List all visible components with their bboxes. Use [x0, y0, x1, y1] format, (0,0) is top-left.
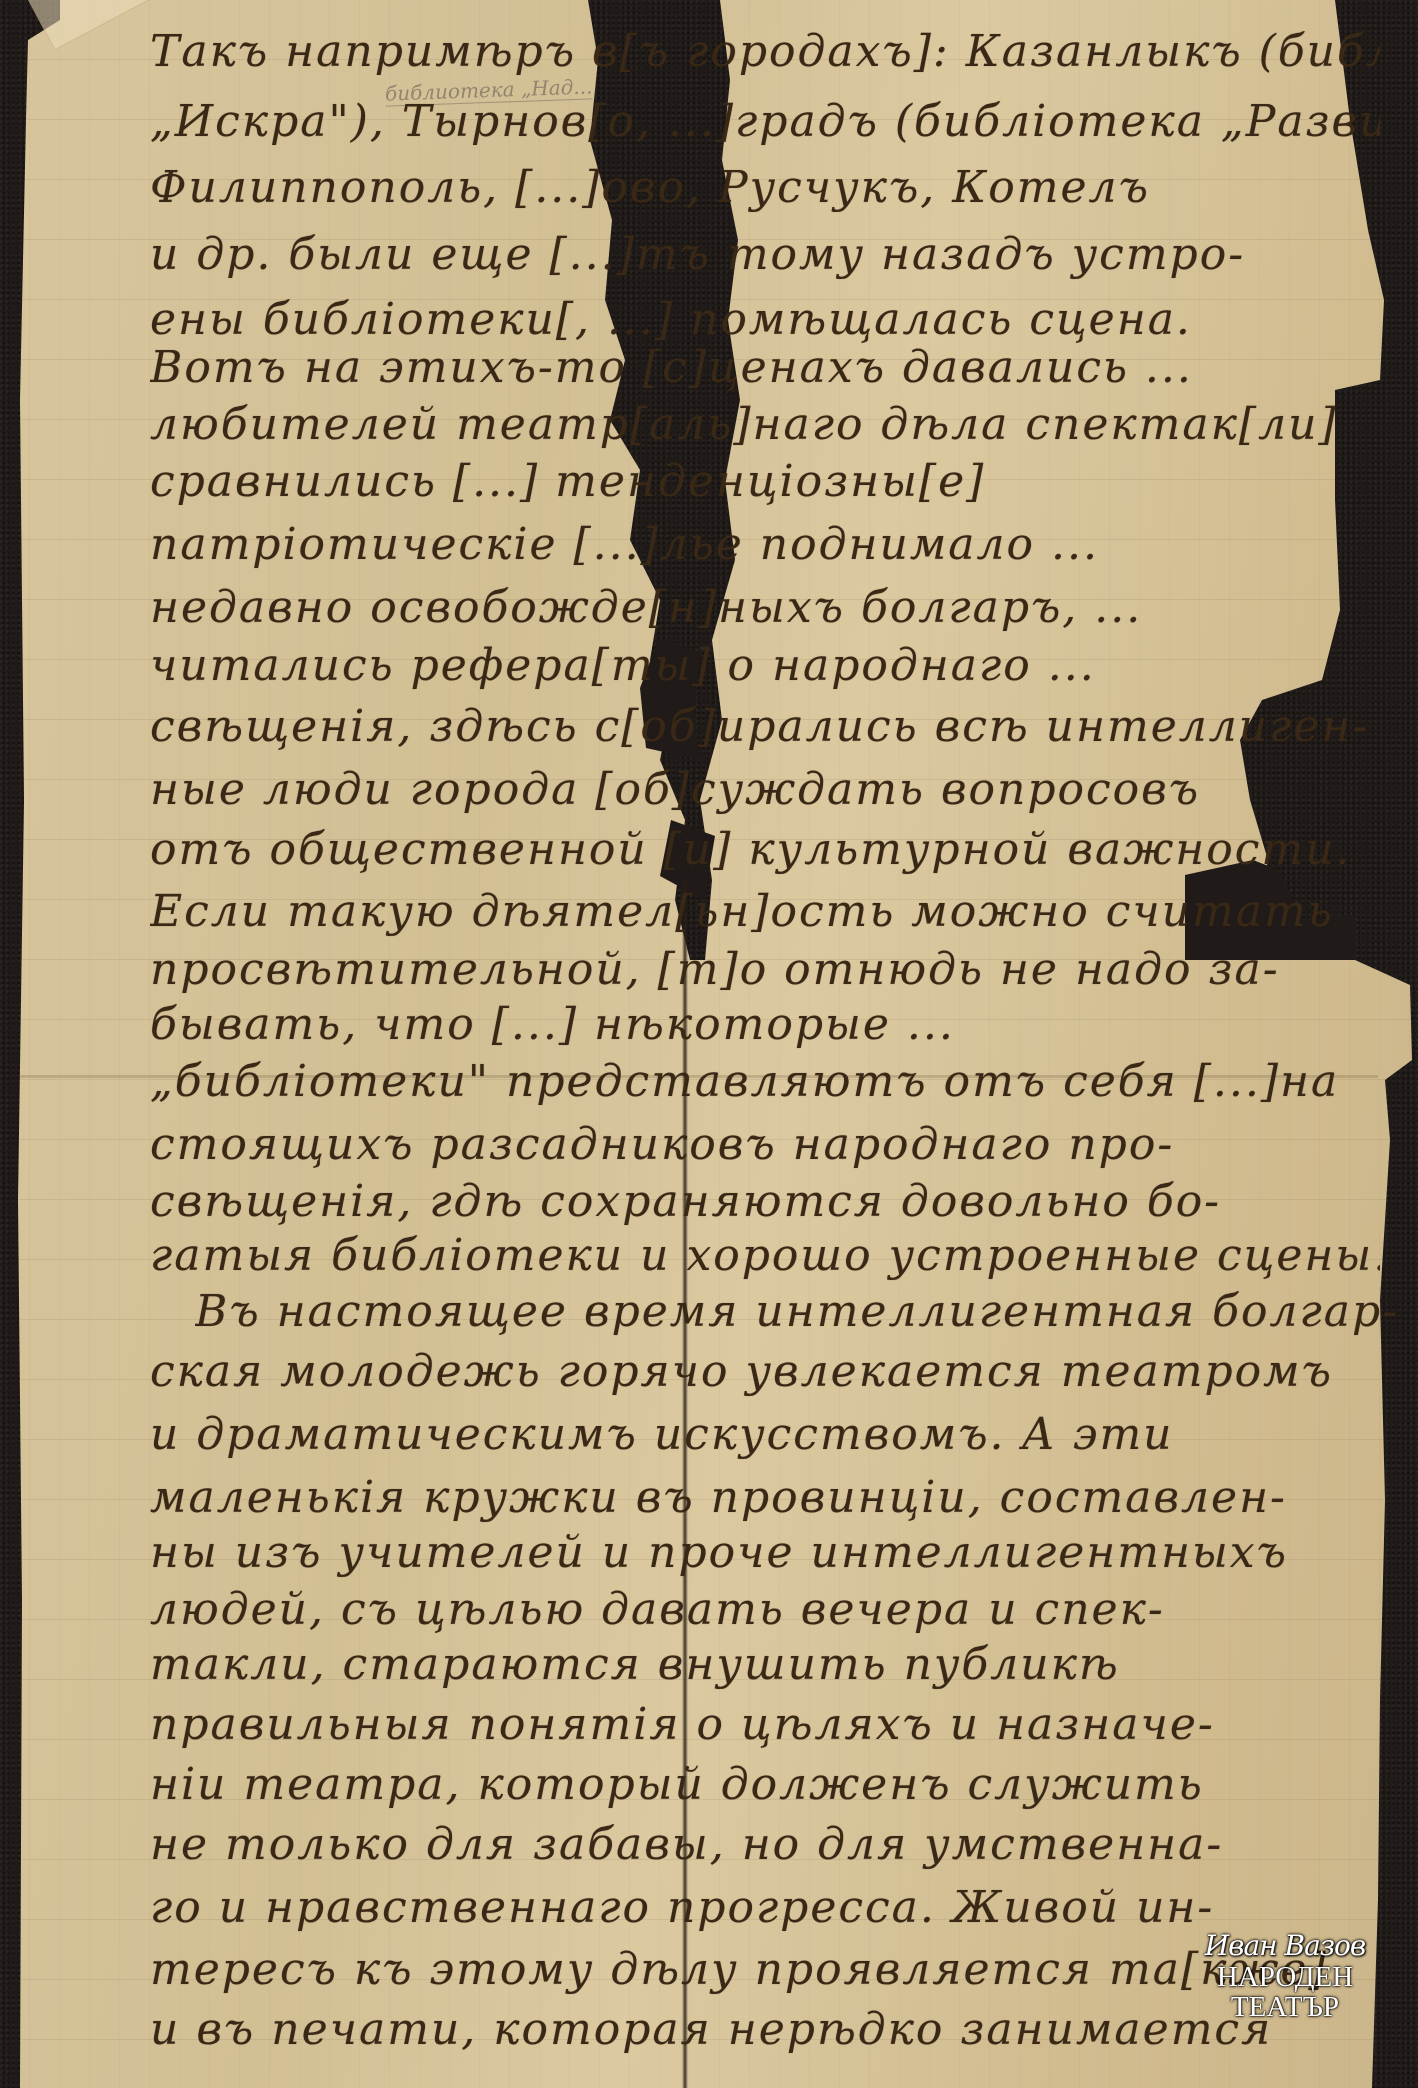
- text-line: такли, стараются внушить публикѣ: [150, 1635, 1380, 1695]
- national-theatre-logo: Иван Вазов НАРОДЕН ТЕАТЪР: [1195, 1930, 1375, 2022]
- text-line: сравнились [...] тенденціозны[е]: [150, 452, 1380, 512]
- text-line: Въ настоящее время интеллигентная болгар…: [195, 1282, 1418, 1342]
- text-line: свѣщенія, гдѣ сохраняются довольно бо-: [150, 1172, 1380, 1232]
- text-line: и драматическимъ искусствомъ. А эти: [150, 1405, 1380, 1465]
- text-line: читались рефера[ты] о народнаго ...: [150, 636, 1380, 696]
- text-line: Филиппополь, [...]ово, Русчукъ, Котелъ: [150, 158, 1380, 218]
- text-line: правильныя понятія о цѣляхъ и назначе-: [150, 1695, 1380, 1755]
- text-line: недавно освобожде[н]ныхъ болгаръ, ...: [150, 578, 1380, 638]
- text-line: гатыя библіотеки и хорошо устроенные сце…: [150, 1226, 1380, 1286]
- text-line: просвѣтительной, [т]о отнюдь не надо за-: [150, 940, 1380, 1000]
- text-line: го и нравственнаго прогресса. Живой ин-: [150, 1878, 1380, 1938]
- text-line: ны изъ учителей и проче интеллигентныхъ: [150, 1523, 1380, 1583]
- text-line: и др. были еще [...]тъ тому назадъ устро…: [150, 225, 1380, 285]
- text-line: Такъ напримѣръ в[ъ городахъ]: Казанлыкъ …: [150, 22, 1380, 82]
- text-line: людей, съ цѣлью давать вечера и спек-: [150, 1580, 1380, 1640]
- text-line: ская молодежь горячо увлекается театромъ: [150, 1342, 1380, 1402]
- text-line: маленькія кружки въ провинціи, составлен…: [150, 1468, 1380, 1528]
- text-line: „Искра"), Тырнов[о, ...]градъ (библіотек…: [150, 92, 1380, 152]
- text-line: ніи театра, который долженъ служить: [150, 1755, 1380, 1815]
- text-line: Если такую дѣятел[ьн]ость можно считать: [150, 882, 1380, 942]
- text-line: любителей театр[аль]наго дѣла спектак[ли…: [150, 395, 1380, 455]
- text-line: патріотическіе [...]лье поднимало ...: [150, 515, 1380, 575]
- text-line: ные люди города [об]суждать вопросовъ: [150, 760, 1380, 820]
- text-line: свѣщенія, здѣсь с[об]ирались всѣ интелли…: [150, 697, 1380, 757]
- logo-line-1: НАРОДЕН: [1195, 1962, 1375, 1992]
- text-line: бывать, что [...] нѣкоторые ...: [150, 995, 1380, 1055]
- text-line: стоящихъ разсадниковъ народнаго про-: [150, 1115, 1380, 1175]
- manuscript-text: Такъ напримѣръ в[ъ городахъ]: Казанлыкъ …: [0, 0, 1418, 2088]
- text-line: „библіотеки" представляютъ отъ себя [...…: [150, 1052, 1380, 1112]
- text-line: Вотъ на этихъ-то [с]ценахъ давались ...: [150, 338, 1380, 398]
- text-line: отъ общественной [и] культурной важности…: [150, 820, 1380, 880]
- text-line: не только для забавы, но для умственна-: [150, 1815, 1380, 1875]
- logo-line-2: ТЕАТЪР: [1195, 1992, 1375, 2022]
- logo-signature: Иван Вазов: [1195, 1930, 1375, 1962]
